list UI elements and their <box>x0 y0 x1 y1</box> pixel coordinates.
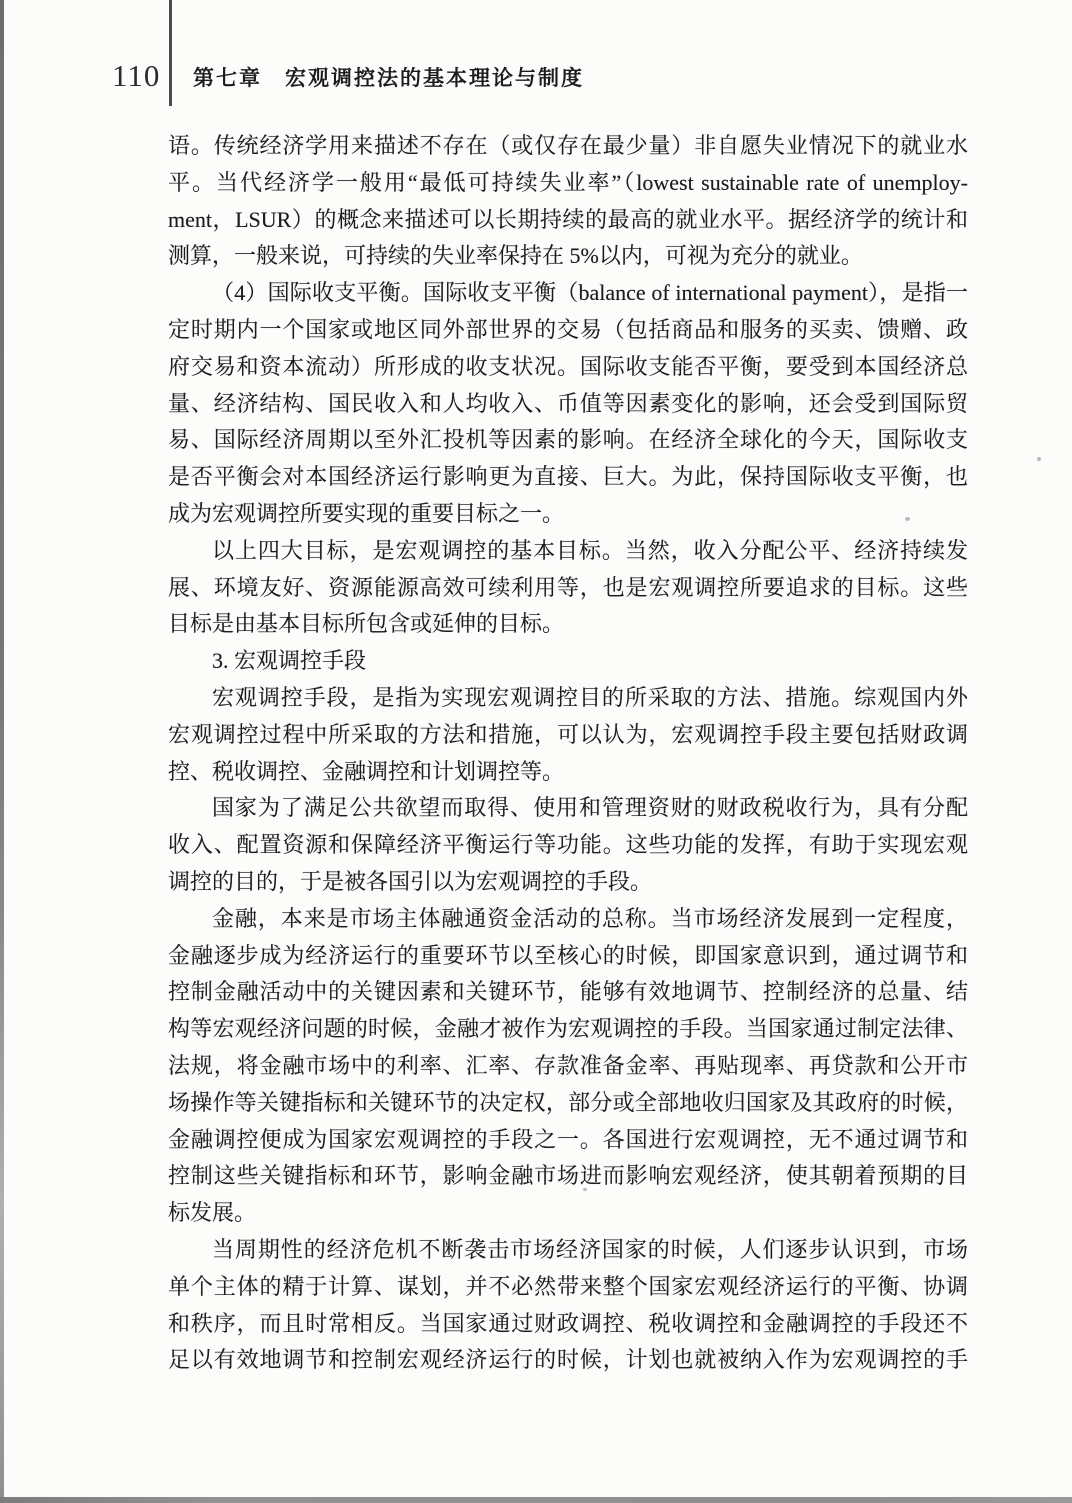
text-line: 平。当代经济学一般用“最低可持续失业率”（lowest sustainable … <box>168 165 968 202</box>
book-page: 110 第七章 宏观调控法的基本理论与制度 语。传统经济学用来描述不存在（或仅存… <box>0 0 1072 1503</box>
text-line: 构等宏观经济问题的时候，金融才被作为宏观调控的手段。当国家通过制定法律、 <box>168 1011 968 1048</box>
scan-noise <box>1037 457 1041 461</box>
section-heading: 3. 宏观调控手段 <box>168 643 968 680</box>
text-line: 宏观调控手段，是指为实现宏观调控目的所采取的方法、措施。综观国内外 <box>168 680 968 717</box>
text-line: ment，LSUR）的概念来描述可以长期持续的最高的就业水平。据经济学的统计和 <box>168 202 968 239</box>
scan-edge-left <box>0 0 4 1503</box>
paragraph: 金融，本来是市场主体融通资金活动的总称。当市场经济发展到一定程度，金融逐步成为经… <box>168 901 968 1232</box>
text-line: 定时期内一个国家或地区同外部世界的交易（包括商品和服务的买卖、馈赠、政 <box>168 312 968 349</box>
text-line: 语。传统经济学用来描述不存在（或仅存在最少量）非自愿失业情况下的就业水 <box>168 128 968 165</box>
text-line: 府交易和资本流动）所形成的收支状况。国际收支能否平衡，要受到本国经济总 <box>168 349 968 386</box>
text-line: 调控的目的，于是被各国引以为宏观调控的手段。 <box>168 864 968 901</box>
text-line: 宏观调控过程中所采取的方法和措施，可以认为，宏观调控手段主要包括财政调 <box>168 717 968 754</box>
text-line: 收入、配置资源和保障经济平衡运行等功能。这些功能的发挥，有助于实现宏观 <box>168 827 968 864</box>
text-line: 成为宏观调控所要实现的重要目标之一。 <box>168 496 968 533</box>
text-line: 控制这些关键指标和环节，影响金融市场进而影响宏观经济，使其朝着预期的目 <box>168 1158 968 1195</box>
text-line: 金融，本来是市场主体融通资金活动的总称。当市场经济发展到一定程度， <box>168 901 968 938</box>
text-line: 金融逐步成为经济运行的重要环节以至核心的时候，即国家意识到，通过调节和 <box>168 938 968 975</box>
text-line: 是否平衡会对本国经济运行影响更为直接、巨大。为此，保持国际收支平衡，也 <box>168 459 968 496</box>
text-line: 单个主体的精于计算、谋划，并不必然带来整个国家宏观经济运行的平衡、协调 <box>168 1269 968 1306</box>
text-line: 法规，将金融市场中的利率、汇率、存款准备金率、再贴现率、再贷款和公开市 <box>168 1048 968 1085</box>
scan-edge-bottom <box>0 1497 1072 1503</box>
text-line: 测算，一般来说，可持续的失业率保持在 5%以内，可视为充分的就业。 <box>168 238 968 275</box>
text-line: 3. 宏观调控手段 <box>168 643 968 680</box>
text-line: 量、经济结构、国民收入和人均收入、币值等因素变化的影响，还会受到国际贸 <box>168 386 968 423</box>
text-line: 场操作等关键指标和关键环节的决定权，部分或全部地收归国家及其政府的时候， <box>168 1085 968 1122</box>
header-divider <box>169 0 172 106</box>
text-line: 目标是由基本目标所包含或延伸的目标。 <box>168 606 968 643</box>
text-line: 展、环境友好、资源能源高效可续利用等，也是宏观调控所要追求的目标。这些 <box>168 570 968 607</box>
text-line: 国家为了满足公共欲望而取得、使用和管理资财的财政税收行为，具有分配 <box>168 790 968 827</box>
paragraph: 宏观调控手段，是指为实现宏观调控目的所采取的方法、措施。综观国内外宏观调控过程中… <box>168 680 968 790</box>
text-line: 以上四大目标，是宏观调控的基本目标。当然，收入分配公平、经济持续发 <box>168 533 968 570</box>
paragraph: 以上四大目标，是宏观调控的基本目标。当然，收入分配公平、经济持续发展、环境友好、… <box>168 533 968 643</box>
text-line: 标发展。 <box>168 1195 968 1232</box>
body-text: 语。传统经济学用来描述不存在（或仅存在最少量）非自愿失业情况下的就业水平。当代经… <box>168 128 968 1379</box>
text-line: 易、国际经济周期以至外汇投机等因素的影响。在经济全球化的今天，国际收支 <box>168 422 968 459</box>
page-number: 110 <box>112 58 160 94</box>
text-line: 金融调控便成为国家宏观调控的手段之一。各国进行宏观调控，无不通过调节和 <box>168 1122 968 1159</box>
paragraph: 当周期性的经济危机不断袭击市场经济国家的时候，人们逐步认识到，市场单个主体的精于… <box>168 1232 968 1379</box>
text-line: 和秩序，而且时常相反。当国家通过财政调控、税收调控和金融调控的手段还不 <box>168 1306 968 1343</box>
text-line: 控制金融活动中的关键因素和关键环节，能够有效地调节、控制经济的总量、结 <box>168 974 968 1011</box>
text-line: 控、税收调控、金融调控和计划调控等。 <box>168 754 968 791</box>
paragraph: （4）国际收支平衡。国际收支平衡（balance of internationa… <box>168 275 968 533</box>
chapter-header: 第七章 宏观调控法的基本理论与制度 <box>193 62 584 92</box>
paragraph: 国家为了满足公共欲望而取得、使用和管理资财的财政税收行为，具有分配收入、配置资源… <box>168 790 968 900</box>
text-line: （4）国际收支平衡。国际收支平衡（balance of internationa… <box>168 275 968 312</box>
paragraph: 语。传统经济学用来描述不存在（或仅存在最少量）非自愿失业情况下的就业水平。当代经… <box>168 128 968 275</box>
text-line: 足以有效地调节和控制宏观经济运行的时候，计划也就被纳入作为宏观调控的手 <box>168 1342 968 1379</box>
text-line: 当周期性的经济危机不断袭击市场经济国家的时候，人们逐步认识到，市场 <box>168 1232 968 1269</box>
